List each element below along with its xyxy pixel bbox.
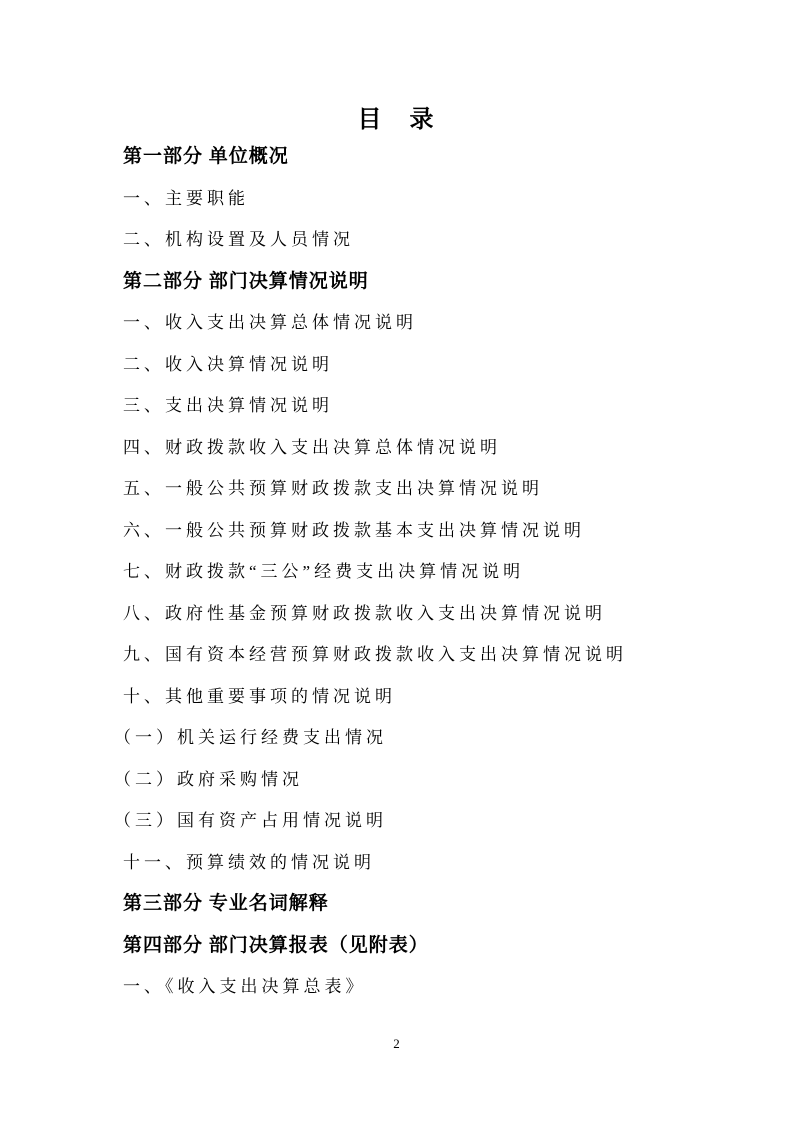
- toc-section-heading: 第一部分 单位概况: [123, 136, 733, 178]
- toc-section-heading: 第二部分 部门决算情况说明: [123, 261, 733, 303]
- toc-sub-entry: （二）政府采购情况: [114, 759, 733, 801]
- toc-entry: 一、《收入支出决算总表》: [123, 966, 733, 1008]
- document-title: 目 录: [0, 99, 793, 134]
- toc-section-heading: 第四部分 部门决算报表（见附表）: [123, 925, 733, 967]
- toc-entry: 八、政府性基金预算财政拨款收入支出决算情况说明: [123, 593, 733, 635]
- toc-entry: 三、支出决算情况说明: [123, 385, 733, 427]
- toc-entry: 一、主要职能: [123, 178, 733, 220]
- toc-entry: 十、其他重要事项的情况说明: [123, 676, 733, 718]
- toc-entry: 六、一般公共预算财政拨款基本支出决算情况说明: [123, 510, 733, 552]
- toc-sub-entry: （三）国有资产占用情况说明: [114, 800, 733, 842]
- toc-entry: 二、机构设置及人员情况: [123, 219, 733, 261]
- toc-entry: 十一、预算绩效的情况说明: [123, 842, 733, 884]
- toc-section-heading: 第三部分 专业名词解释: [123, 883, 733, 925]
- page-number: 2: [0, 1036, 793, 1052]
- toc-entry: 五、一般公共预算财政拨款支出决算情况说明: [123, 468, 733, 510]
- table-of-contents: 第一部分 单位概况 一、主要职能 二、机构设置及人员情况 第二部分 部门决算情况…: [123, 136, 733, 1008]
- document-page: 目 录 第一部分 单位概况 一、主要职能 二、机构设置及人员情况 第二部分 部门…: [0, 0, 793, 1122]
- toc-entry: 九、国有资本经营预算财政拨款收入支出决算情况说明: [123, 634, 733, 676]
- toc-entry: 二、收入决算情况说明: [123, 344, 733, 386]
- toc-sub-entry: （一）机关运行经费支出情况: [114, 717, 733, 759]
- toc-entry: 七、财政拨款“三公”经费支出决算情况说明: [123, 551, 733, 593]
- toc-entry: 一、收入支出决算总体情况说明: [123, 302, 733, 344]
- toc-entry: 四、财政拨款收入支出决算总体情况说明: [123, 427, 733, 469]
